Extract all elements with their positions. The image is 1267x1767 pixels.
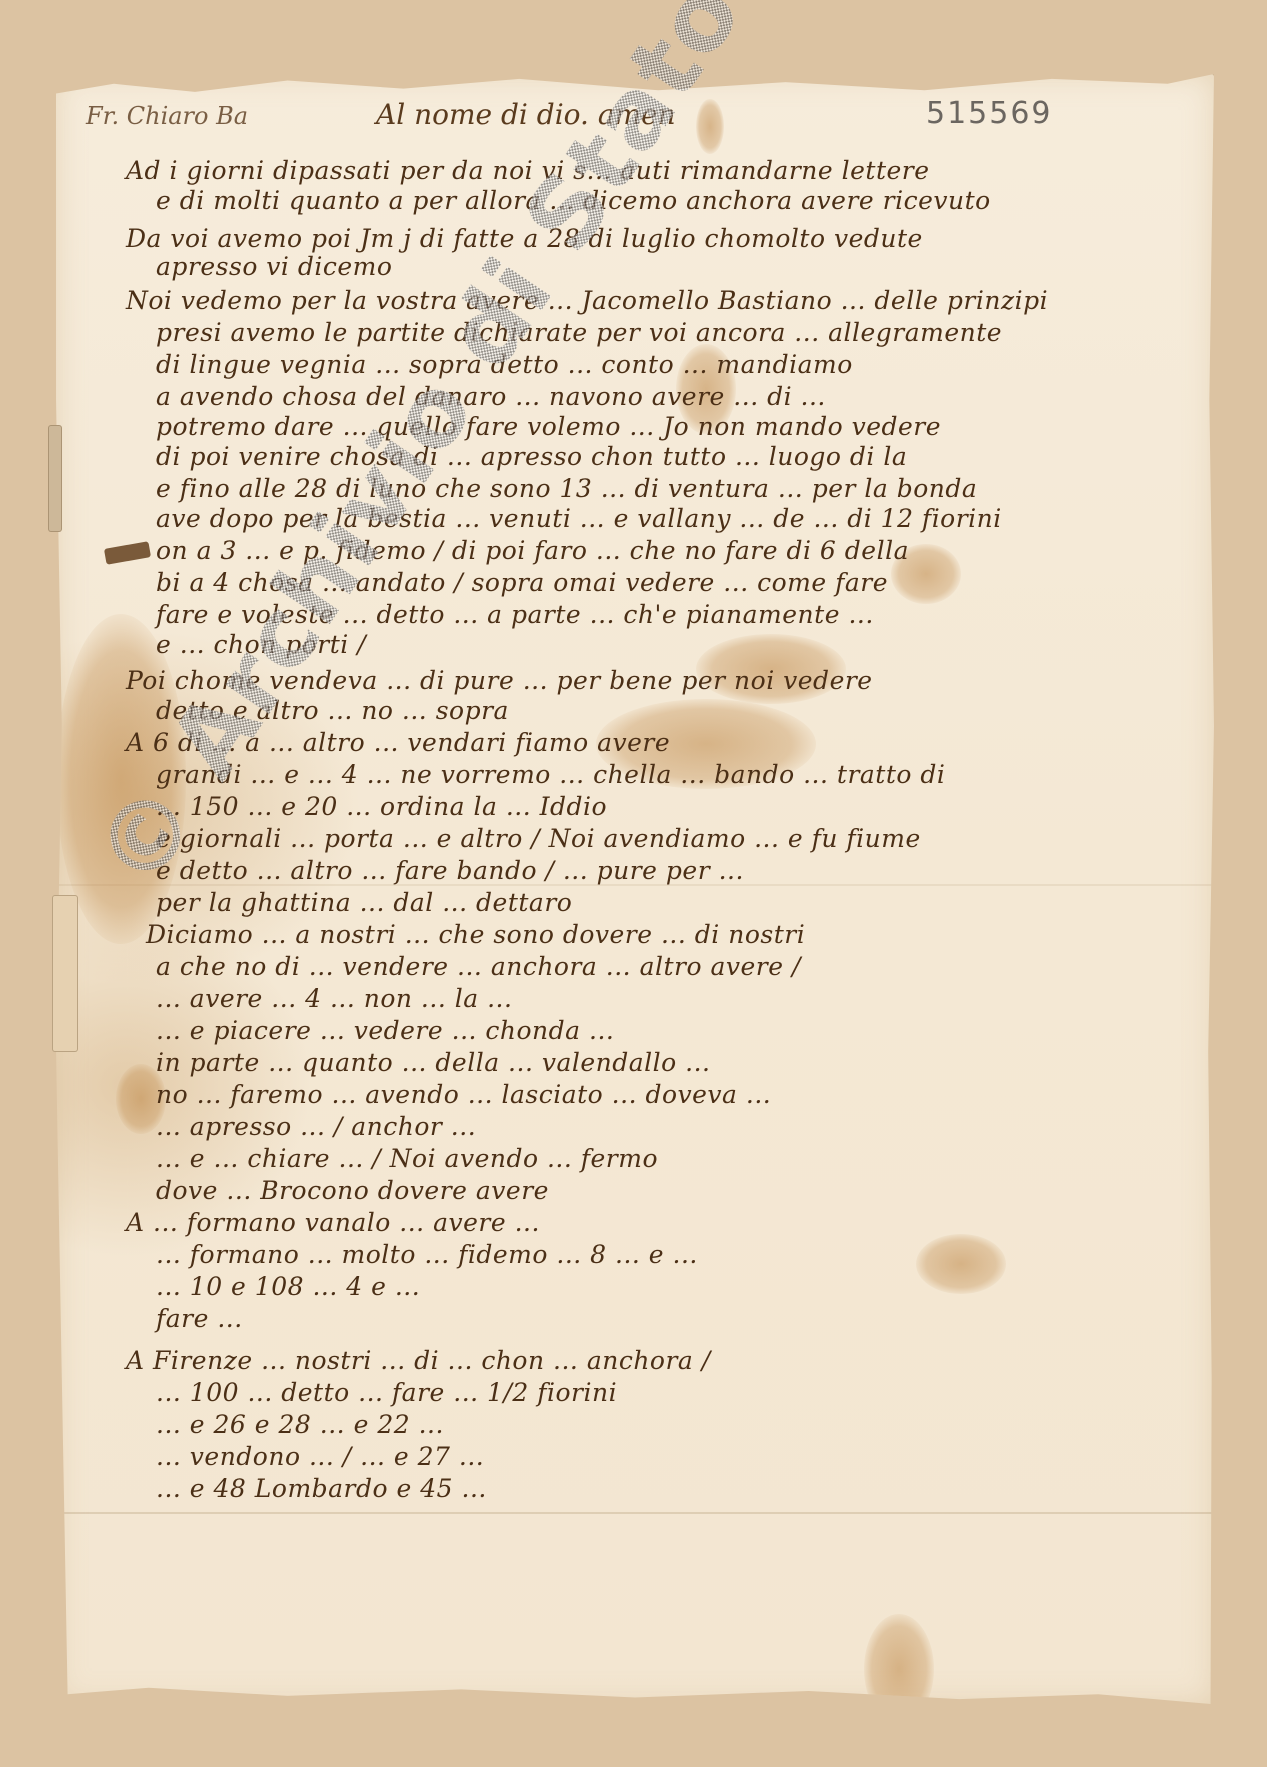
- torn-corner-fragment: [52, 895, 78, 1052]
- binding-tab: [48, 425, 62, 532]
- text-line: a che no di ... vendere ... anchora ... …: [156, 952, 801, 981]
- text-line: per la ghattina ... dal ... dettaro: [156, 888, 572, 917]
- fold-line: [56, 1512, 1214, 1514]
- text-line: fare ...: [156, 1304, 243, 1333]
- text-line: no ... faremo ... avendo ... lasciato ..…: [156, 1080, 771, 1109]
- text-line: ... 10 e 108 ... 4 e ...: [156, 1272, 420, 1301]
- text-line: dove ... Brocono dovere avere: [156, 1176, 549, 1205]
- text-line: ... apresso ... / anchor ...: [156, 1112, 476, 1141]
- text-line: presi avemo le partite dichiarate per vo…: [156, 318, 1002, 347]
- text-line: A Firenze ... nostri ... di ... chon ...…: [126, 1346, 711, 1375]
- text-line: apresso vi dicemo: [156, 252, 392, 281]
- text-line: A ... formano vanalo ... avere ...: [126, 1208, 540, 1237]
- text-line: grandi ... e ... 4 ... ne vorremo ... ch…: [156, 760, 945, 789]
- header-note: Fr. Chiaro Ba: [86, 102, 248, 130]
- text-line: e fino alle 28 di luno che sono 13 ... d…: [156, 474, 977, 503]
- text-line: ... e piacere ... vedere ... chonda ...: [156, 1016, 614, 1045]
- text-line: e detto ... altro ... fare bando / ... p…: [156, 856, 744, 885]
- text-line: ... avere ... 4 ... non ... la ...: [156, 984, 512, 1013]
- text-line: ... formano ... molto ... fidemo ... 8 .…: [156, 1240, 698, 1269]
- water-stain: [864, 1614, 934, 1724]
- water-stain: [916, 1234, 1006, 1294]
- text-line: potremo dare ... quello fare volemo ... …: [156, 412, 941, 441]
- text-line: Diciamo ... a nostri ... che sono dovere…: [146, 920, 805, 949]
- text-line: di poi venire chosa di ... apresso chon …: [156, 442, 907, 471]
- text-line: ... vendono ... / ... e 27 ...: [156, 1442, 484, 1471]
- manuscript-page: Fr. Chiaro Ba Al nome di dio. amen 51556…: [56, 74, 1214, 1704]
- text-line: in parte ... quanto ... della ... valend…: [156, 1048, 711, 1077]
- text-line: ... e ... chiare ... / Noi avendo ... fe…: [156, 1144, 658, 1173]
- text-line: ... 100 ... detto ... fare ... 1/2 fiori…: [156, 1378, 617, 1407]
- text-line: e giornali ... porta ... e altro / Noi a…: [156, 824, 921, 853]
- archival-number: 515569: [926, 96, 1053, 131]
- text-line: Noi vedemo per la vostra avere ... Jacom…: [126, 286, 1048, 315]
- text-line: ... e 48 Lombardo e 45 ...: [156, 1474, 487, 1503]
- text-line: ... e 26 e 28 ... e 22 ...: [156, 1410, 444, 1439]
- text-line: ave dopo per la bestia ... venuti ... e …: [156, 504, 1002, 533]
